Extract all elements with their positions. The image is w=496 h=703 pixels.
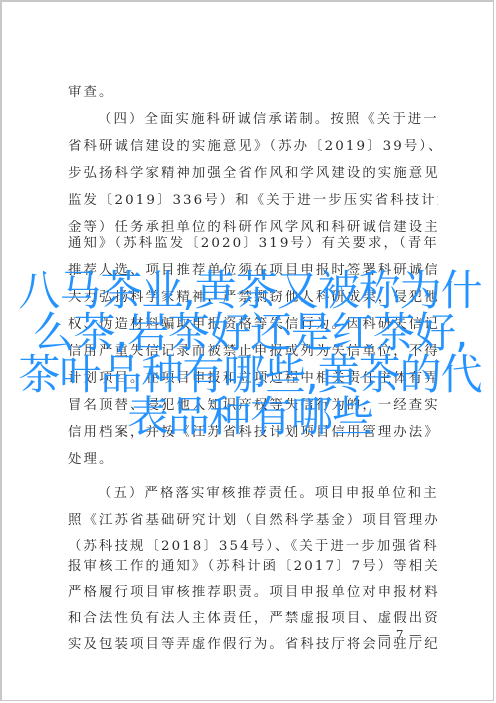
document-line: 报审核工作的通知》（苏科计函〔2017〕7号）等相关文件要求， <box>68 559 438 575</box>
document-line: 监发〔2019〕336号）和《关于进一步压实省科技计划（专项、基 <box>68 193 438 209</box>
document-line: 照《江苏省基础研究计划（自然科学基金）项目管理办法（试行）》 <box>68 513 438 529</box>
headline-line-3: 茶叶品种有哪些,黄茶的代 <box>8 354 492 396</box>
document-line: 严格履行项目审核推荐职责。项目申报单位对申报材料的真实性 <box>68 585 438 601</box>
document-line: 步弘扬科学家精神加强全省作风和学风建设的实施意见》（苏科 <box>68 166 438 182</box>
document-line: 和合法性负有法人主体责任，严禁虚报项目、虚假出资、虚构事 <box>68 611 438 627</box>
document-line: 金等）任务承担单位的科研作风学风和科研诚信建设主体责任的 <box>68 220 438 236</box>
headline-line-4: 表品种有哪些 <box>8 396 492 438</box>
document-line: （五）严格落实审核推荐责任。项目申报单位和主管部门按 <box>68 486 438 502</box>
overlay-headline: 八马茶业,黄茶又被称为什 么茶,岩茶好还是红茶好, 茶叶品种有哪些,黄茶的代 表… <box>8 270 492 438</box>
document-line: 处理。 <box>68 452 438 468</box>
document-line: 省科研诚信建设的实施意见》（苏办〔2019〕39号）、《关于进一 <box>68 139 438 155</box>
headline-line-1: 八马茶业,黄茶又被称为什 <box>8 270 492 312</box>
document-line: （苏科技规〔2018〕354号）、《关于进一步加强省科技计划项目申 <box>68 539 438 555</box>
page-number: — 7 — <box>378 628 422 642</box>
headline-line-2: 么茶,岩茶好还是红茶好, <box>8 312 492 354</box>
document-line: 审查。 <box>68 85 438 101</box>
document-line: 通知》（苏科监发〔2020〕319号）有关要求，（青年）领衔科学家 <box>68 236 438 252</box>
document-line: （四）全面实施科研诚信承诺制。按照《关于进一步加强全 <box>68 112 438 128</box>
